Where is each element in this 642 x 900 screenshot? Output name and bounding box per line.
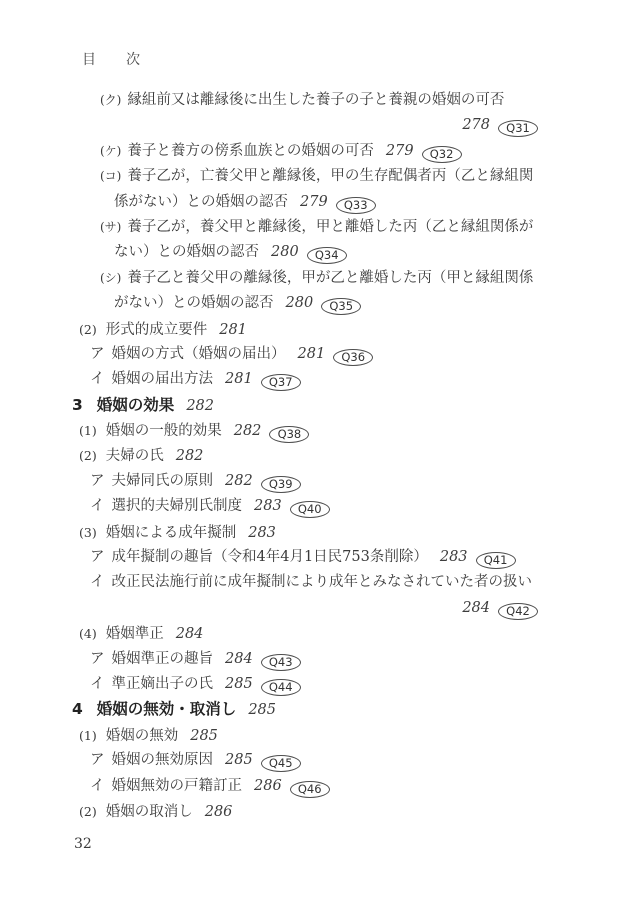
item-title: 婚姻の方式（婚姻の届出） bbox=[112, 346, 286, 362]
item-title: 係がない）との婚姻の認否 bbox=[114, 194, 288, 210]
item-title: 婚姻の効果 bbox=[97, 396, 175, 414]
toc-line: (3)婚姻による成年擬制283 bbox=[72, 520, 540, 545]
item-marker: イ bbox=[90, 494, 105, 519]
item-title: 形式的成立要件 bbox=[106, 322, 208, 338]
toc-line: イ改正民法施行前に成年擬制により成年とみなされていた者の扱い bbox=[72, 570, 540, 595]
item-marker: 4 bbox=[72, 697, 83, 722]
item-marker: (ケ) bbox=[100, 139, 121, 164]
page-ref: 280 bbox=[286, 295, 314, 311]
item-title: 婚姻の取消し bbox=[106, 804, 193, 820]
toc-line: (シ)養子乙と養父甲の離縁後，甲が乙と離婚した丙（甲と縁組関係 bbox=[72, 266, 540, 291]
item-title: 婚姻準正の趣旨 bbox=[112, 651, 214, 667]
item-title: 婚姻の無効原因 bbox=[112, 752, 214, 768]
question-badge: Q45 bbox=[261, 755, 301, 772]
item-title: 婚姻の一般的効果 bbox=[106, 423, 222, 439]
item-marker: (シ) bbox=[100, 266, 121, 291]
toc-line: (2)形式的成立要件281 bbox=[72, 317, 540, 342]
page-ref: 283 bbox=[440, 549, 468, 565]
question-badge: Q39 bbox=[261, 476, 301, 493]
toc-line: 284Q42 bbox=[72, 596, 540, 621]
item-marker: (4) bbox=[79, 621, 97, 646]
toc-line: (2)婚姻の取消し286 bbox=[72, 799, 540, 824]
item-marker: (ク) bbox=[100, 88, 121, 113]
item-marker: イ bbox=[90, 774, 105, 799]
item-title: 準正嫡出子の氏 bbox=[112, 676, 214, 692]
toc-line: イ準正嫡出子の氏285Q44 bbox=[72, 672, 540, 697]
item-title: 養子と養方の傍系血族との婚姻の可否 bbox=[127, 143, 374, 159]
item-title: 婚姻準正 bbox=[106, 626, 164, 642]
item-title: 養子乙が，亡養父甲と離縁後，甲の生存配偶者丙（乙と縁組関 bbox=[127, 168, 533, 184]
item-title: 婚姻無効の戸籍訂正 bbox=[112, 778, 243, 794]
item-title: 縁組前又は離縁後に出生した養子の子と養親の婚姻の可否 bbox=[127, 92, 504, 108]
page-ref: 282 bbox=[234, 423, 262, 439]
toc-line: ア夫婦同氏の原則282Q39 bbox=[72, 469, 540, 494]
toc-list: (ク)縁組前又は離縁後に出生した養子の子と養親の婚姻の可否278Q31(ケ)養子… bbox=[72, 88, 540, 824]
page-ref: 284 bbox=[462, 600, 490, 616]
page-ref: 282 bbox=[186, 398, 214, 414]
question-badge: Q34 bbox=[307, 247, 347, 264]
item-title: がない）との婚姻の認否 bbox=[114, 295, 274, 311]
item-title: 婚姻による成年擬制 bbox=[106, 525, 237, 541]
page-ref: 284 bbox=[176, 626, 204, 642]
item-marker: (1) bbox=[79, 418, 97, 443]
page-ref: 282 bbox=[176, 448, 204, 464]
question-badge: Q46 bbox=[290, 781, 330, 798]
toc-line: (サ)養子乙が，養父甲と離縁後，甲と離婚した丙（乙と縁組関係が bbox=[72, 215, 540, 240]
toc-line: 4婚姻の無効・取消し285 bbox=[72, 697, 540, 722]
question-badge: Q32 bbox=[422, 146, 462, 163]
page-ref: 281 bbox=[225, 371, 253, 387]
page-ref: 286 bbox=[205, 804, 233, 820]
item-marker: (2) bbox=[79, 799, 97, 824]
item-title: 婚姻の無効 bbox=[106, 728, 179, 744]
toc-page: 目次 (ク)縁組前又は離縁後に出生した養子の子と養親の婚姻の可否278Q31(ケ… bbox=[0, 0, 642, 900]
question-badge: Q42 bbox=[498, 603, 538, 620]
item-marker: (2) bbox=[79, 443, 97, 468]
item-title: 婚姻の無効・取消し bbox=[97, 700, 237, 718]
item-marker: 3 bbox=[72, 393, 83, 418]
toc-line: がない）との婚姻の認否280Q35 bbox=[72, 291, 540, 316]
item-marker: (2) bbox=[79, 317, 97, 342]
page-ref: 286 bbox=[254, 778, 282, 794]
page-ref: 285 bbox=[248, 702, 276, 718]
item-marker: ア bbox=[90, 342, 105, 367]
question-badge: Q40 bbox=[290, 501, 330, 518]
item-title: 養子乙が，養父甲と離縁後，甲と離婚した丙（乙と縁組関係が bbox=[127, 219, 533, 235]
toc-line: (ケ)養子と養方の傍系血族との婚姻の可否279Q32 bbox=[72, 139, 540, 164]
item-title: 夫婦の氏 bbox=[106, 448, 164, 464]
page-ref: 282 bbox=[225, 473, 253, 489]
toc-line: ア成年擬制の趣旨（令和4年4月1日民753条削除）283Q41 bbox=[72, 545, 540, 570]
question-badge: Q33 bbox=[336, 197, 376, 214]
page-ref: 279 bbox=[386, 143, 414, 159]
running-header: 目次 bbox=[82, 49, 170, 69]
toc-line: (ク)縁組前又は離縁後に出生した養子の子と養親の婚姻の可否 bbox=[72, 88, 540, 113]
question-badge: Q31 bbox=[498, 120, 538, 137]
question-badge: Q35 bbox=[321, 298, 361, 315]
question-badge: Q36 bbox=[333, 349, 373, 366]
page-ref: 278 bbox=[462, 117, 490, 133]
toc-line: 278Q31 bbox=[72, 113, 540, 138]
item-marker: ア bbox=[90, 469, 105, 494]
question-badge: Q43 bbox=[261, 654, 301, 671]
item-title: 婚姻の届出方法 bbox=[112, 371, 214, 387]
toc-line: ア婚姻準正の趣旨284Q43 bbox=[72, 647, 540, 672]
item-marker: (コ) bbox=[100, 164, 121, 189]
item-marker: イ bbox=[90, 367, 105, 392]
item-title: 改正民法施行前に成年擬制により成年とみなされていた者の扱い bbox=[112, 574, 533, 590]
item-title: ない）との婚姻の認否 bbox=[114, 244, 259, 260]
toc-line: イ婚姻無効の戸籍訂正286Q46 bbox=[72, 774, 540, 799]
toc-line: 3婚姻の効果282 bbox=[72, 393, 540, 418]
item-title: 成年擬制の趣旨（令和4年4月1日民753条削除） bbox=[112, 549, 428, 565]
toc-line: (1)婚姻の無効285 bbox=[72, 723, 540, 748]
page-ref: 285 bbox=[225, 752, 253, 768]
toc-line: ア婚姻の無効原因285Q45 bbox=[72, 748, 540, 773]
item-marker: (サ) bbox=[100, 215, 121, 240]
toc-line: (4)婚姻準正284 bbox=[72, 621, 540, 646]
toc-line: イ選択的夫婦別氏制度283Q40 bbox=[72, 494, 540, 519]
item-title: 養子乙と養父甲の離縁後，甲が乙と離婚した丙（甲と縁組関係 bbox=[127, 270, 533, 286]
question-badge: Q38 bbox=[269, 426, 309, 443]
question-badge: Q41 bbox=[476, 552, 516, 569]
page-ref: 279 bbox=[300, 194, 328, 210]
item-marker: ア bbox=[90, 647, 105, 672]
item-title: 選択的夫婦別氏制度 bbox=[112, 498, 243, 514]
toc-line: 係がない）との婚姻の認否279Q33 bbox=[72, 190, 540, 215]
toc-line: (1)婚姻の一般的効果282Q38 bbox=[72, 418, 540, 443]
page-ref: 283 bbox=[248, 525, 276, 541]
toc-line: ア婚姻の方式（婚姻の届出）281Q36 bbox=[72, 342, 540, 367]
page-ref: 281 bbox=[298, 346, 326, 362]
page-number: 32 bbox=[74, 836, 92, 852]
page-ref: 283 bbox=[254, 498, 282, 514]
item-marker: イ bbox=[90, 672, 105, 697]
page-ref: 284 bbox=[225, 651, 253, 667]
item-marker: ア bbox=[90, 748, 105, 773]
toc-line: (2)夫婦の氏282 bbox=[72, 443, 540, 468]
toc-line: イ婚姻の届出方法281Q37 bbox=[72, 367, 540, 392]
page-ref: 285 bbox=[225, 676, 253, 692]
toc-line: (コ)養子乙が，亡養父甲と離縁後，甲の生存配偶者丙（乙と縁組関 bbox=[72, 164, 540, 189]
question-badge: Q44 bbox=[261, 679, 301, 696]
item-title: 夫婦同氏の原則 bbox=[112, 473, 214, 489]
toc-line: ない）との婚姻の認否280Q34 bbox=[72, 240, 540, 265]
page-ref: 285 bbox=[190, 728, 218, 744]
item-marker: イ bbox=[90, 570, 105, 595]
page-ref: 281 bbox=[219, 322, 247, 338]
page-ref: 280 bbox=[271, 244, 299, 260]
item-marker: (3) bbox=[79, 520, 97, 545]
item-marker: ア bbox=[90, 545, 105, 570]
item-marker: (1) bbox=[79, 723, 97, 748]
question-badge: Q37 bbox=[261, 374, 301, 391]
